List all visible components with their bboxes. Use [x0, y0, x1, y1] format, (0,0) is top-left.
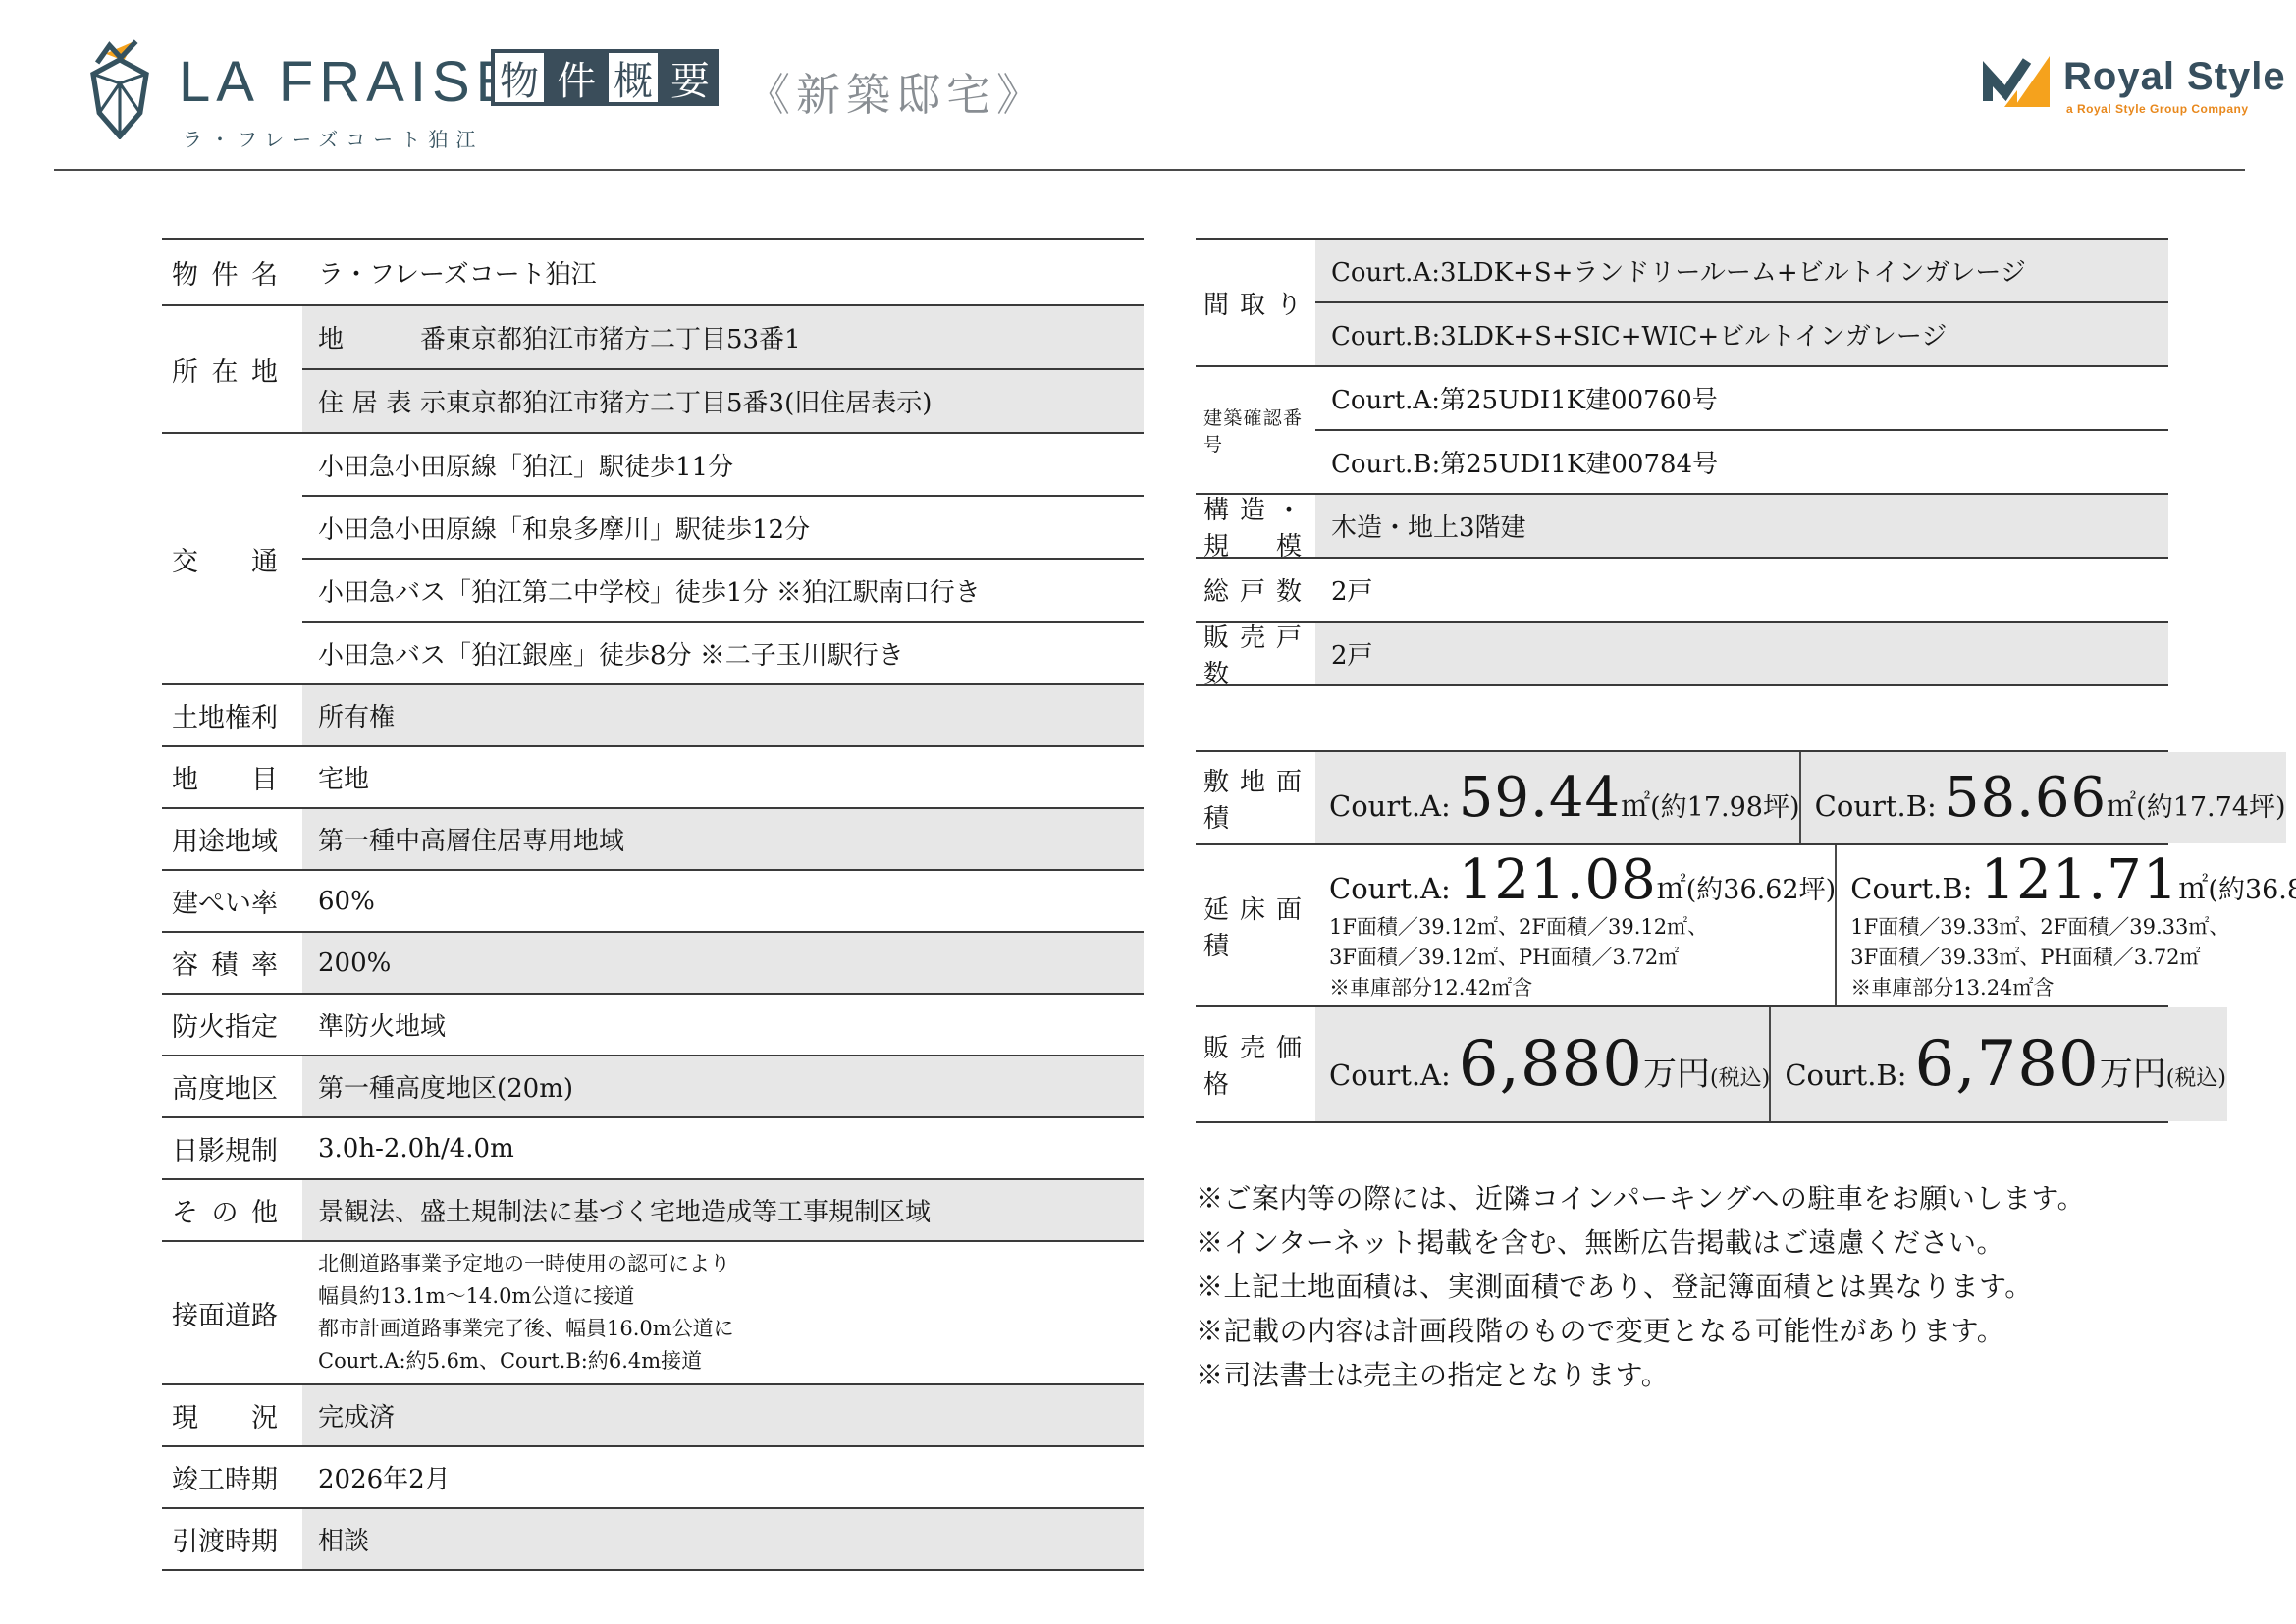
- sub-row: Court.B:第25UDI1K建00784号: [1315, 429, 2168, 493]
- area-unit: ㎡: [1657, 864, 1686, 907]
- table-row-location: 所在地 地番 東京都狛江市猪方二丁目53番1 住居表示 東京都狛江市猪方二丁目5…: [162, 306, 1144, 434]
- row-label: 建ぺい率: [162, 871, 302, 931]
- row-value: 宅地: [302, 747, 1144, 807]
- tax-note: (税込): [1710, 1061, 1770, 1092]
- row-value: 第一種中高層住居専用地域: [302, 809, 1144, 869]
- table-row-access: 交通 小田急小田原線「狛江」駅徒歩11分 小田急小田原線「和泉多摩川」駅徒歩12…: [162, 434, 1144, 685]
- brand-logotype: LA FRAISE: [179, 49, 519, 115]
- court-label: Court.B:: [1785, 1058, 1906, 1092]
- price-unit: 万円: [1643, 1047, 1710, 1095]
- area-unit: ㎡: [2107, 782, 2136, 825]
- header-divider: [54, 169, 2245, 171]
- row-label: 間取り: [1196, 240, 1315, 365]
- royal-style-icon: [1981, 49, 2059, 114]
- area-tsubo: (約36.62坪): [1686, 868, 1836, 906]
- brand-subtitle: ラ・フレーズコート狛江: [183, 124, 483, 152]
- table-row-handover: 引渡時期 相談: [162, 1509, 1144, 1571]
- table-row-floor-plan: 間取り Court.A:3LDK+S+ランドリールーム+ビルトインガレージ Co…: [1196, 240, 2168, 367]
- note-line: ※インターネット掲載を含む、無断広告掲載はご遠慮ください。: [1196, 1220, 2187, 1265]
- area-price-table: 敷地面積 Court.A: 59.44 ㎡ (約17.98坪) Court.B:…: [1196, 750, 2168, 1123]
- value-line: 都市計画道路事業完了後、幅員16.0m公道に: [318, 1313, 734, 1345]
- area-value: 121.71: [1980, 848, 2178, 912]
- sub-row: Court.B:3LDK+S+SIC+WIC+ビルトインガレージ: [1315, 301, 2168, 365]
- row-value-group: Court.A:3LDK+S+ランドリールーム+ビルトインガレージ Court.…: [1315, 240, 2168, 365]
- area-unit: ㎡: [2178, 864, 2208, 907]
- row-value: ラ・フレーズコート狛江: [302, 240, 1144, 304]
- floor-area-breakdown: 1F面積／39.33㎡、2F面積／39.33㎡、 3F面積／39.33㎡、PH面…: [1850, 912, 2229, 1003]
- table-row-site-area: 敷地面積 Court.A: 59.44 ㎡ (約17.98坪) Court.B:…: [1196, 752, 2168, 845]
- row-label: 日影規制: [162, 1118, 302, 1178]
- court-label: Court.B:: [1815, 789, 1937, 823]
- row-label: 用途地域: [162, 809, 302, 869]
- row-label: 建築確認番号: [1196, 367, 1315, 493]
- row-value: 所有権: [302, 685, 1144, 745]
- row-value: 200%: [302, 933, 1144, 993]
- row-value-group: Court.A: 121.08 ㎡ (約36.62坪) 1F面積／39.12㎡、…: [1315, 845, 2296, 1005]
- row-value: 60%: [302, 871, 1144, 931]
- price-unit: 万円: [2100, 1047, 2166, 1095]
- area-tsubo: (約36.81坪): [2208, 868, 2296, 906]
- row-value-group: Court.A: 59.44 ㎡ (約17.98坪) Court.B: 58.6…: [1315, 752, 2286, 843]
- table-row-fire-zone: 防火指定 準防火地域: [162, 995, 1144, 1056]
- row-value: 北側道路事業予定地の一時使用の認可により 幅員約13.1m～14.0m公道に接道…: [302, 1242, 1144, 1383]
- detail-line: 1F面積／39.33㎡、2F面積／39.33㎡、: [1850, 912, 2229, 943]
- table-row-land-category: 地目 宅地: [162, 747, 1144, 809]
- row-label: 延床面積: [1196, 845, 1315, 1005]
- price-value: 6,880: [1459, 1028, 1643, 1101]
- property-summary-table: 物件名 ラ・フレーズコート狛江 所在地 地番 東京都狛江市猪方二丁目53番1 住…: [162, 238, 1144, 1571]
- table-row-shadow-regulation: 日影規制 3.0h-2.0h/4.0m: [162, 1118, 1144, 1180]
- property-overview-flyer: LA FRAISE ラ・フレーズコート狛江 物 件 概 要 《新築邸宅》 Roy…: [0, 0, 2296, 1624]
- row-value: 相談: [302, 1509, 1144, 1569]
- sub-row: 小田急バス「狛江銀座」徒歩8分 ※二子玉川駅行き: [302, 621, 1144, 683]
- row-label: 防火指定: [162, 995, 302, 1055]
- court-b-value: Court.B: 58.66 ㎡ (約17.74坪): [1801, 752, 2287, 843]
- note-line: ※上記土地面積は、実測面積であり、登記簿面積とは異なります。: [1196, 1265, 2187, 1309]
- court-label: Court.A:: [1329, 1058, 1451, 1092]
- area-unit: ㎡: [1621, 782, 1650, 825]
- badge-char: 要: [662, 49, 719, 106]
- row-value: 完成済: [302, 1385, 1144, 1445]
- table-row-total-units: 総戸数 2戸: [1196, 559, 2168, 623]
- value-line: Court.A:約5.6m、Court.B:約6.4m接道: [318, 1345, 702, 1378]
- badge-char: 物: [491, 49, 548, 106]
- row-label: その他: [162, 1180, 302, 1240]
- row-value: 木造・地上3階建: [1315, 495, 2168, 557]
- detail-line: 3F面積／39.33㎡、PH面積／3.72㎡: [1850, 943, 2229, 973]
- row-value-group: 小田急小田原線「狛江」駅徒歩11分 小田急小田原線「和泉多摩川」駅徒歩12分 小…: [302, 434, 1144, 683]
- note-line: ※記載の内容は計画段階のもので変更となる可能性があります。: [1196, 1309, 2187, 1353]
- detail-line: 1F面積／39.12㎡、2F面積／39.12㎡、: [1329, 912, 1708, 943]
- detail-line: ※車庫部分12.42㎡含: [1329, 973, 1708, 1003]
- court-label: Court.A:: [1329, 872, 1451, 905]
- court-b-value: Court.B: 6,780 万円 (税込): [1771, 1007, 2226, 1121]
- row-label: 容積率: [162, 933, 302, 993]
- value-line: 北側道路事業予定地の一時使用の認可により: [318, 1248, 730, 1280]
- area-value: 121.08: [1459, 848, 1657, 912]
- row-label: 販売戸数: [1196, 623, 1315, 684]
- sub-label: 地番: [318, 319, 446, 355]
- row-value: 2戸: [1315, 559, 2168, 621]
- note-line: ※ご案内等の際には、近隣コインパーキングへの駐車をお願いします。: [1196, 1176, 2187, 1220]
- table-row-floor-area-ratio: 容積率 200%: [162, 933, 1144, 995]
- row-label: 現況: [162, 1385, 302, 1445]
- floor-area-breakdown: 1F面積／39.12㎡、2F面積／39.12㎡、 3F面積／39.12㎡、PH面…: [1329, 912, 1708, 1003]
- detail-line: ※車庫部分13.24㎡含: [1850, 973, 2229, 1003]
- row-value-group: Court.A: 6,880 万円 (税込) Court.B: 6,780 万円…: [1315, 1007, 2227, 1121]
- tax-note: (税込): [2166, 1061, 2226, 1092]
- table-row-building-permit: 建築確認番号 Court.A:第25UDI1K建00760号 Court.B:第…: [1196, 367, 2168, 495]
- building-summary-table: 間取り Court.A:3LDK+S+ランドリールーム+ビルトインガレージ Co…: [1196, 238, 2168, 686]
- table-row-units-for-sale: 販売戸数 2戸: [1196, 623, 2168, 686]
- price-value: 6,780: [1915, 1028, 2100, 1101]
- row-value-group: 地番 東京都狛江市猪方二丁目53番1 住居表示 東京都狛江市猪方二丁目5番3(旧…: [302, 306, 1144, 432]
- row-label: 接面道路: [162, 1242, 302, 1383]
- disclaimer-notes: ※ご案内等の際には、近隣コインパーキングへの駐車をお願いします。 ※インターネッ…: [1196, 1176, 2187, 1397]
- bukken-gaiyou-badge: 物 件 概 要: [491, 49, 719, 106]
- table-row-total-floor-area: 延床面積 Court.A: 121.08 ㎡ (約36.62坪) 1F面積／39…: [1196, 845, 2168, 1007]
- badge-char: 件: [548, 49, 605, 106]
- court-b-value: Court.B: 121.71 ㎡ (約36.81坪) 1F面積／39.33㎡、…: [1837, 845, 2296, 1005]
- row-value: 2戸: [1315, 623, 2168, 684]
- court-label: Court.A:: [1329, 789, 1451, 823]
- area-value: 58.66: [1945, 766, 2107, 830]
- court-a-value: Court.A: 6,880 万円 (税込): [1315, 1007, 1771, 1121]
- table-row-frontage-road: 接面道路 北側道路事業予定地の一時使用の認可により 幅員約13.1m～14.0m…: [162, 1242, 1144, 1385]
- row-value: 2026年2月: [302, 1447, 1144, 1507]
- court-a-value: Court.A: 121.08 ㎡ (約36.62坪) 1F面積／39.12㎡、…: [1315, 845, 1837, 1005]
- table-row-zoning: 用途地域 第一種中高層住居専用地域: [162, 809, 1144, 871]
- sub-value: 東京都狛江市猪方二丁目53番1: [446, 319, 1144, 355]
- row-label: 敷地面積: [1196, 752, 1315, 843]
- row-value-group: Court.A:第25UDI1K建00760号 Court.B:第25UDI1K…: [1315, 367, 2168, 493]
- table-row-price: 販売価格 Court.A: 6,880 万円 (税込) Court.B: 6,7…: [1196, 1007, 2168, 1123]
- la-fraise-strawberry-icon: [75, 37, 165, 139]
- row-label: 地目: [162, 747, 302, 807]
- table-row-property-name: 物件名 ラ・フレーズコート狛江: [162, 240, 1144, 306]
- table-row-completion: 竣工時期 2026年2月: [162, 1447, 1144, 1509]
- sub-row: Court.A:第25UDI1K建00760号: [1315, 367, 2168, 429]
- table-row-building-coverage: 建ぺい率 60%: [162, 871, 1144, 933]
- sub-row: 小田急小田原線「狛江」駅徒歩11分: [302, 434, 1144, 495]
- table-row-height-district: 高度地区 第一種高度地区(20m): [162, 1056, 1144, 1118]
- partner-tagline: a Royal Style Group Company: [2066, 102, 2249, 116]
- row-label: 交通: [162, 434, 302, 683]
- area-tsubo: (約17.74坪): [2136, 785, 2285, 824]
- table-row-land-rights: 土地権利 所有権: [162, 685, 1144, 747]
- row-label: 土地権利: [162, 685, 302, 745]
- sub-row: 小田急バス「狛江第二中学校」徒歩1分 ※狛江駅南口行き: [302, 558, 1144, 621]
- sub-row: Court.A:3LDK+S+ランドリールーム+ビルトインガレージ: [1315, 240, 2168, 301]
- sub-value: 東京都狛江市猪方二丁目5番3(旧住居表示): [446, 383, 1144, 419]
- category-label: 《新築邸宅》: [746, 59, 1046, 123]
- area-tsubo: (約17.98坪): [1650, 785, 1799, 824]
- detail-line: 3F面積／39.12㎡、PH面積／3.72㎡: [1329, 943, 1708, 973]
- sub-label: 住居表示: [318, 383, 446, 419]
- sub-row: 小田急小田原線「和泉多摩川」駅徒歩12分: [302, 495, 1144, 558]
- row-label: 引渡時期: [162, 1509, 302, 1569]
- row-label: 物件名: [162, 240, 302, 304]
- court-label: Court.B:: [1850, 872, 1972, 905]
- area-value: 59.44: [1459, 766, 1621, 830]
- badge-char: 概: [605, 49, 662, 106]
- row-value: 準防火地域: [302, 995, 1144, 1055]
- note-line: ※司法書士は売主の指定となります。: [1196, 1353, 2187, 1397]
- row-label: 高度地区: [162, 1056, 302, 1116]
- table-row-current-state: 現況 完成済: [162, 1385, 1144, 1447]
- row-value: 第一種高度地区(20m): [302, 1056, 1144, 1116]
- row-value: 景観法、盛土規制法に基づく宅地造成等工事規制区域: [302, 1180, 1144, 1240]
- partner-logotype: Royal Style: [2063, 55, 2286, 99]
- table-row-structure: 構造・規模 木造・地上3階建: [1196, 495, 2168, 559]
- sub-row: 地番 東京都狛江市猪方二丁目53番1: [302, 306, 1144, 368]
- row-label: 竣工時期: [162, 1447, 302, 1507]
- row-label: 構造・規模: [1196, 495, 1315, 557]
- table-row-other: その他 景観法、盛土規制法に基づく宅地造成等工事規制区域: [162, 1180, 1144, 1242]
- court-a-value: Court.A: 59.44 ㎡ (約17.98坪): [1315, 752, 1801, 843]
- row-value: 3.0h-2.0h/4.0m: [302, 1118, 1144, 1178]
- row-label: 総戸数: [1196, 559, 1315, 621]
- row-label: 所在地: [162, 306, 302, 432]
- row-label: 販売価格: [1196, 1007, 1315, 1121]
- value-line: 幅員約13.1m～14.0m公道に接道: [318, 1280, 634, 1313]
- sub-row: 住居表示 東京都狛江市猪方二丁目5番3(旧住居表示): [302, 368, 1144, 432]
